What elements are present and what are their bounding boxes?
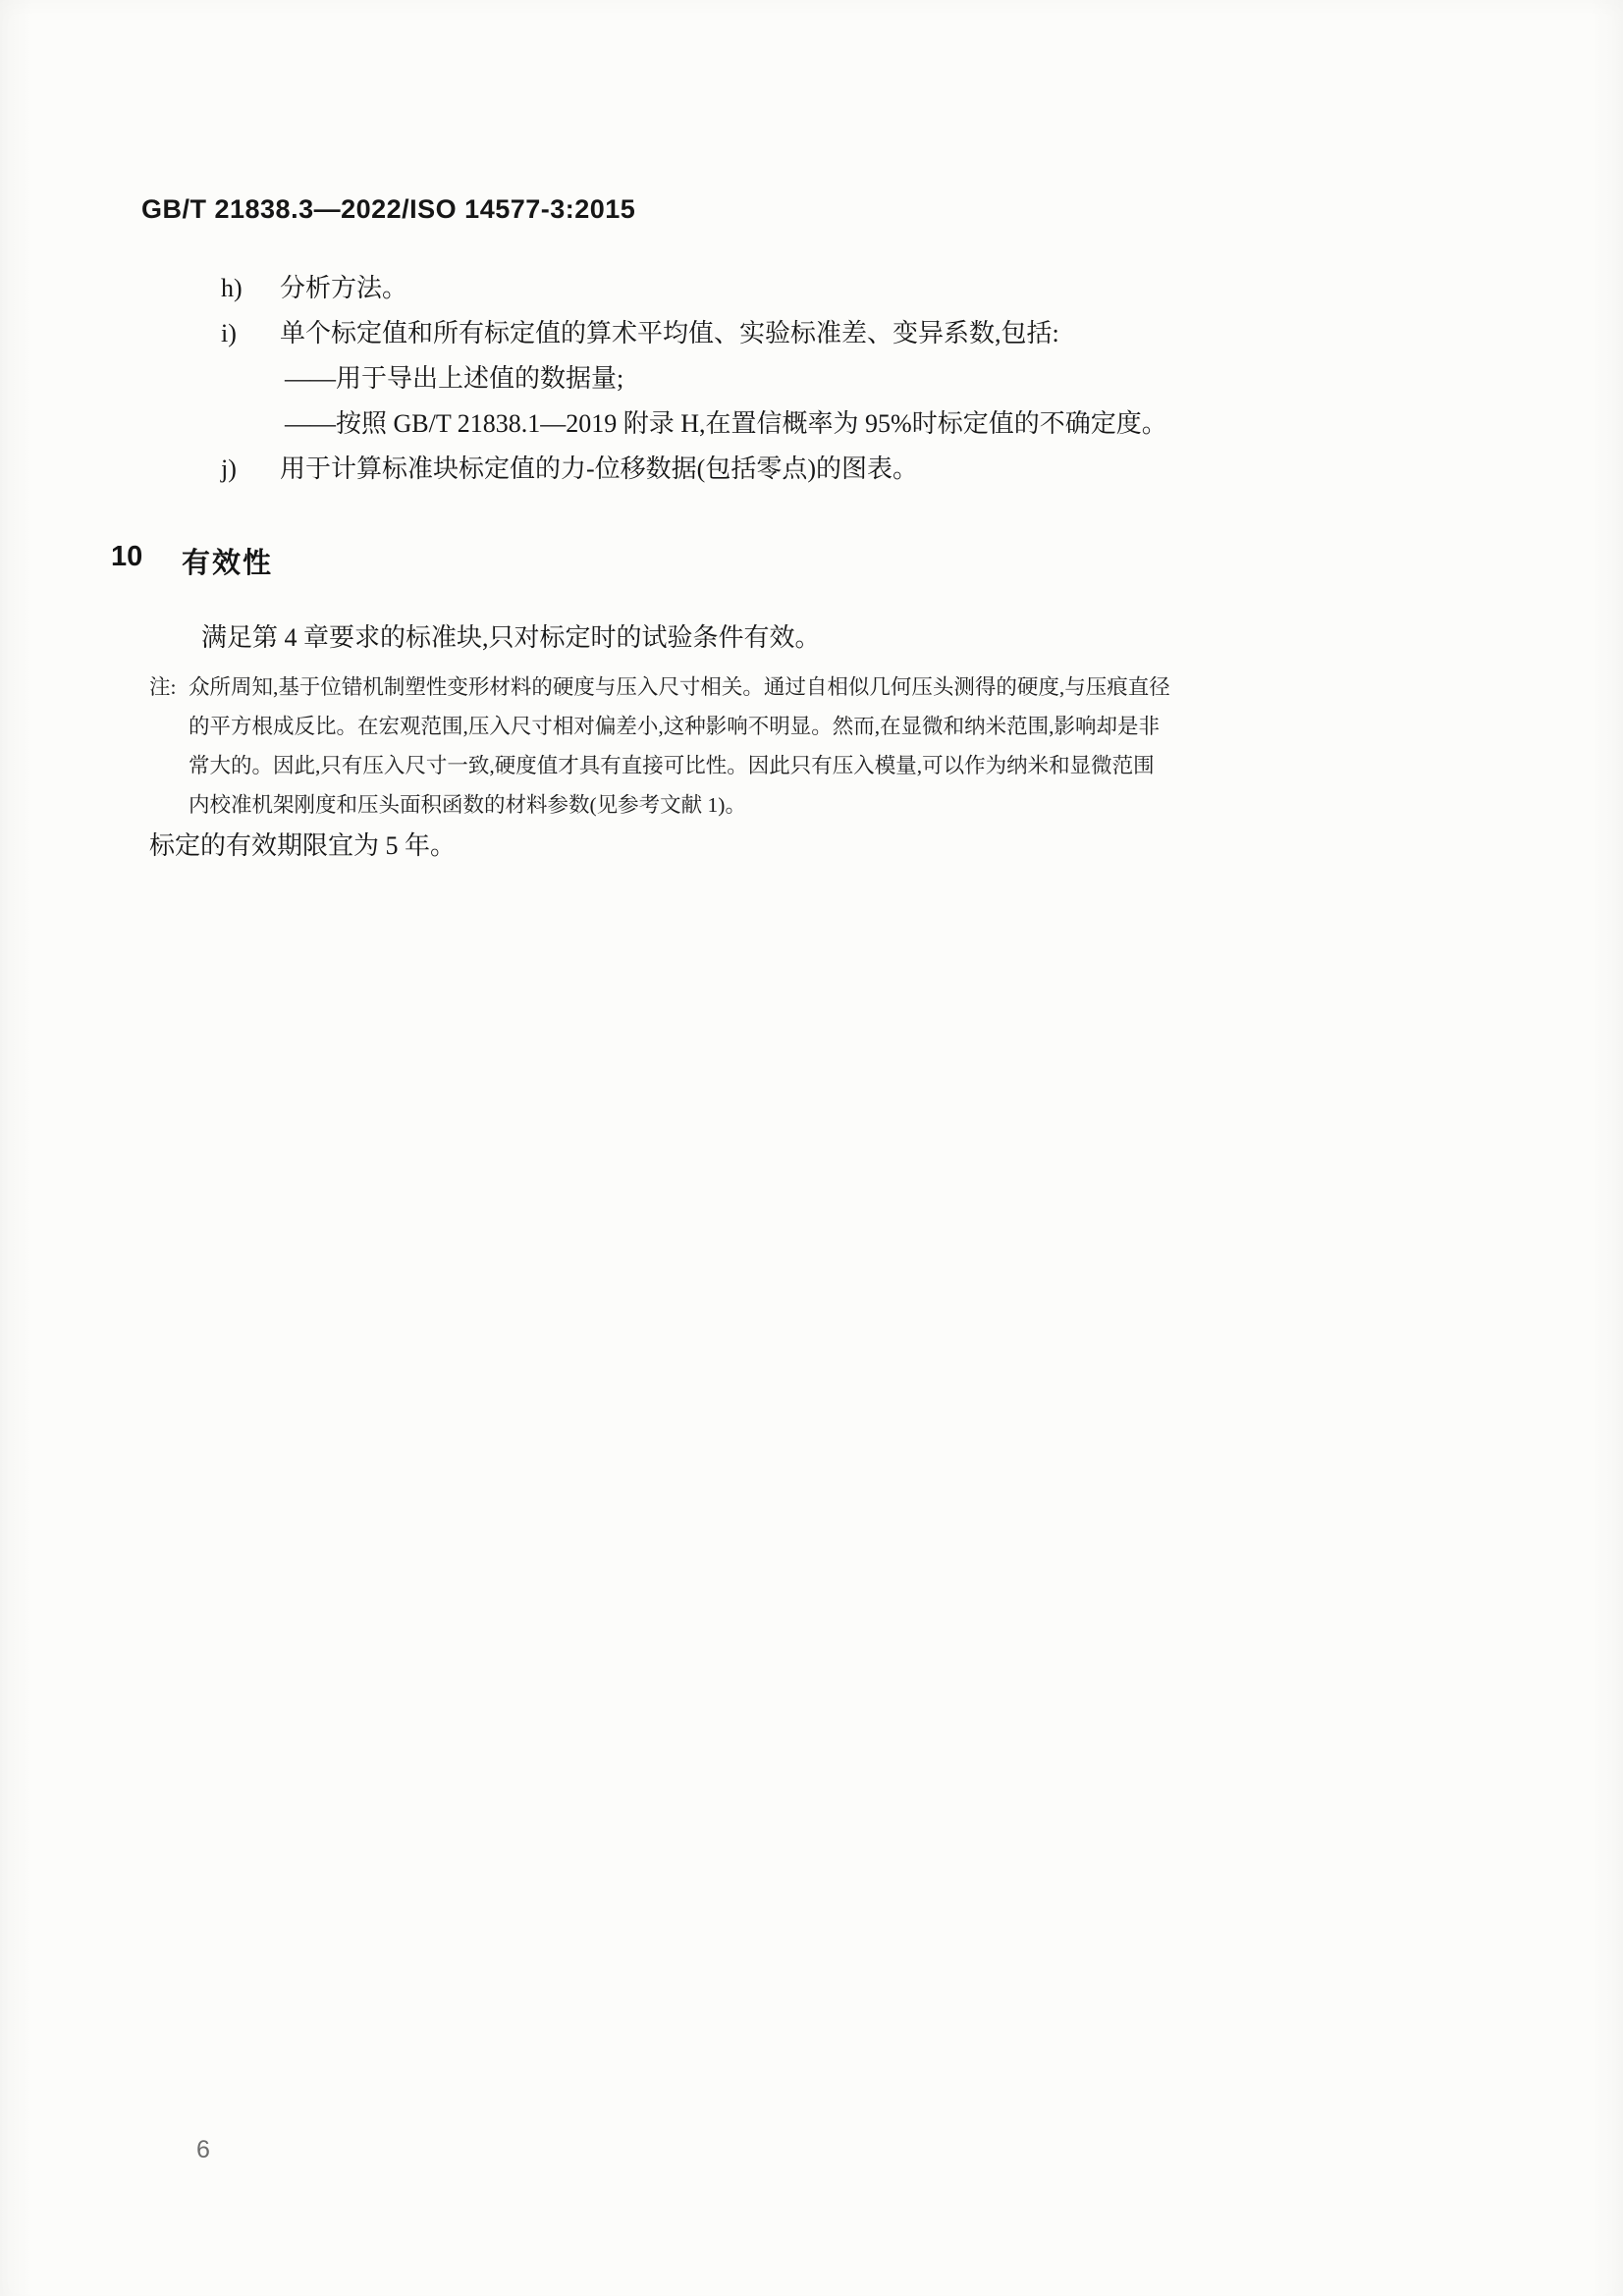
section-number: 10 — [111, 541, 182, 581]
lettered-list: h) 分析方法。 i) 单个标定值和所有标定值的算术平均值、实验标准差、变异系数… — [221, 271, 1497, 497]
list-item-text: 分析方法。 — [280, 271, 1497, 306]
document-page: GB/T 21838.3—2022/ISO 14577-3:2015 h) 分析… — [0, 0, 1623, 2296]
note: 注: 众所周知,基于位错机制塑性变形材料的硬度与压入尺寸相关。通过自相似几何压头… — [149, 667, 1170, 825]
note-line: 众所周知,基于位错机制塑性变形材料的硬度与压入尺寸相关。通过自相似几何压头测得的… — [189, 667, 1170, 707]
note-line: 的平方根成反比。在宏观范围,压入尺寸相对偏差小,这种影响不明显。然而,在显微和纳… — [189, 707, 1170, 746]
standard-code-header: GB/T 21838.3—2022/ISO 14577-3:2015 — [141, 194, 635, 225]
note-lines: 众所周知,基于位错机制塑性变形材料的硬度与压入尺寸相关。通过自相似几何压头测得的… — [189, 667, 1170, 825]
dash-sub-item: ——按照 GB/T 21838.1—2019 附录 H,在置信概率为 95%时标… — [221, 406, 1497, 452]
list-item-marker: i) — [221, 316, 280, 351]
list-item-marker: j) — [221, 452, 280, 487]
note-label: 注: — [149, 667, 189, 825]
list-item-text: 单个标定值和所有标定值的算术平均值、实验标准差、变异系数,包括: — [280, 316, 1497, 351]
dash-sub-item: ——用于导出上述值的数据量; — [221, 361, 1497, 406]
page-number: 6 — [196, 2136, 210, 2164]
note-line: 内校准机架刚度和压头面积函数的材料参数(见参考文献 1)。 — [189, 785, 1170, 825]
note-line: 常大的。因此,只有压入尺寸一致,硬度值才具有直接可比性。因此只有压入模量,可以作… — [189, 746, 1170, 785]
list-item-marker: h) — [221, 271, 280, 306]
list-item-i: i) 单个标定值和所有标定值的算术平均值、实验标准差、变异系数,包括: — [221, 316, 1497, 361]
list-item-text: 用于计算标准块标定值的力-位移数据(包括零点)的图表。 — [280, 452, 1497, 487]
section-heading: 10 有效性 — [111, 541, 273, 581]
list-item-j: j) 用于计算标准块标定值的力-位移数据(包括零点)的图表。 — [221, 452, 1497, 497]
section-paragraph: 标定的有效期限宜为 5 年。 — [149, 828, 456, 865]
section-title: 有效性 — [182, 541, 273, 581]
section-paragraph: 满足第 4 章要求的标准块,只对标定时的试验条件有效。 — [201, 619, 821, 657]
list-item-h: h) 分析方法。 — [221, 271, 1497, 316]
